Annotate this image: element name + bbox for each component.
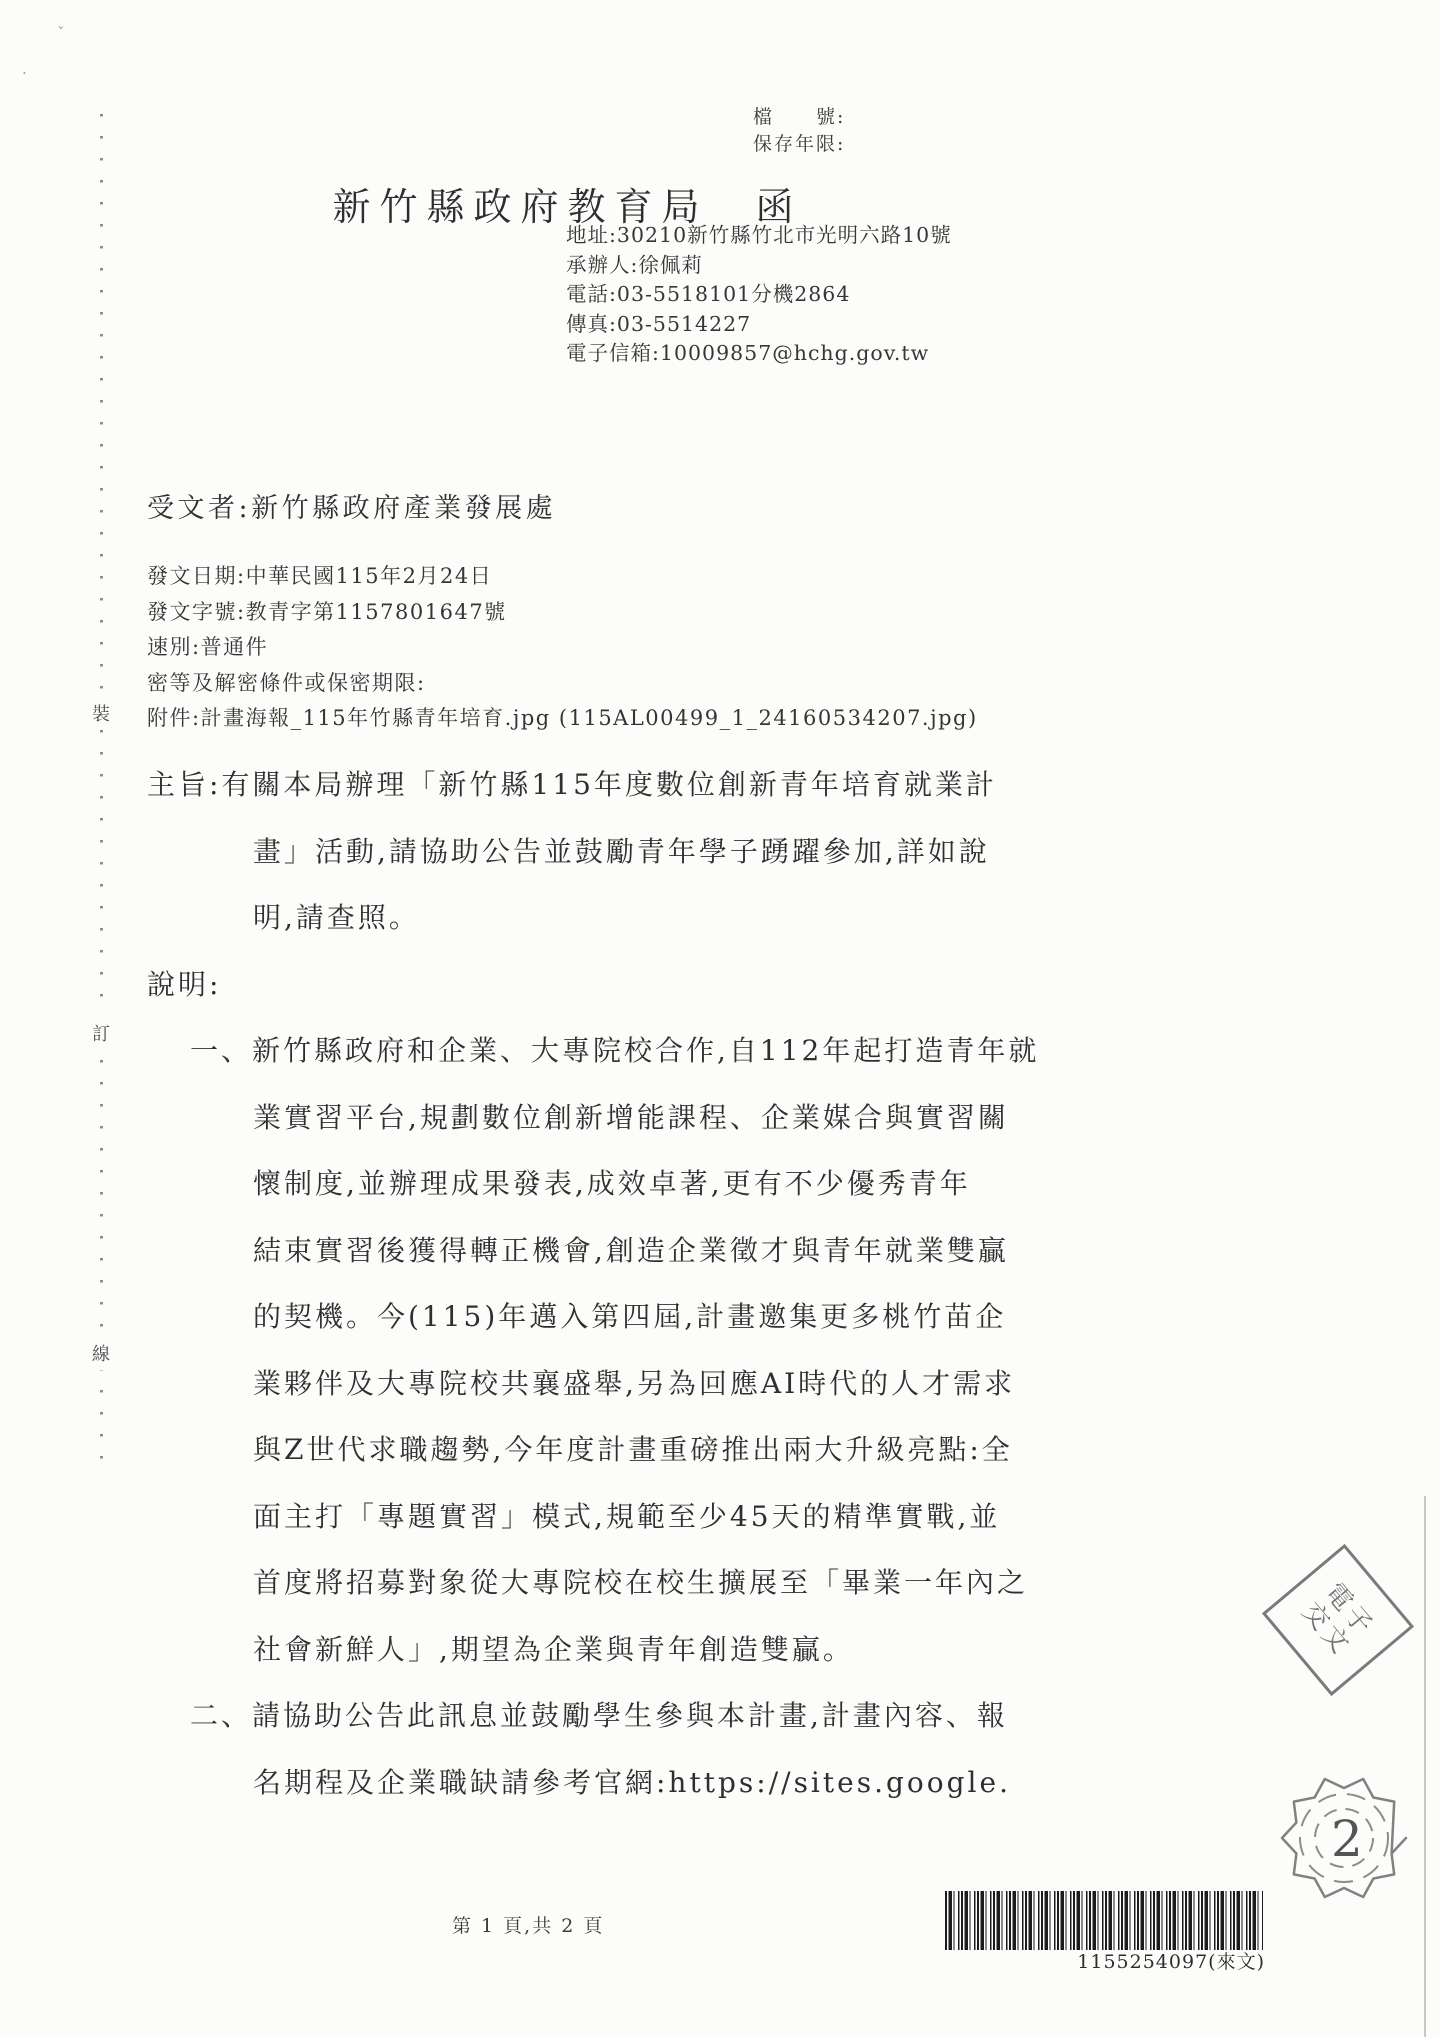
scan-artifact: ·: [22, 64, 27, 82]
sender-fax: 傳真:03-5514227: [566, 310, 952, 340]
binding-dotted-line: [100, 114, 103, 1464]
attachment-line: 附件:計畫海報_115年竹縣青年培育.jpg (115AL00499_1_241…: [147, 701, 978, 737]
explanation-item-1: 懷制度,並辦理成果發表,成效卓著,更有不少優秀青年: [253, 1151, 1047, 1218]
recipient-line: 受文者:新竹縣政府產業發展處: [147, 486, 556, 525]
security-class: 密等及解密條件或保密期限:: [147, 666, 978, 702]
explanation-item-1: 結束實習後獲得轉正機會,創造企業徵才與青年就業雙贏: [253, 1218, 1047, 1285]
subject-line: 畫」活動,請協助公告並鼓勵青年學子踴躍參加,詳如說: [253, 819, 1047, 886]
explanation-item-1: 面主打「專題實習」模式,規範至少45天的精準實戰,並: [253, 1484, 1047, 1551]
explanation-item-1: 一、新竹縣政府和企業、大專院校合作,自112年起打造青年就: [190, 1018, 1047, 1085]
binding-label-ding: 訂: [87, 1016, 115, 1050]
explanation-item-1: 業實習平台,規劃數位創新增能課程、企業媒合與實習關: [253, 1085, 1047, 1152]
dispatch-number: 發文字號:教青字第1157801647號: [147, 595, 978, 631]
page-indicator: 第 1 頁,共 2 頁: [452, 1911, 604, 1938]
file-number-label: 檔 號:: [753, 104, 845, 131]
scan-artifact: ˇ: [54, 23, 65, 42]
binding-label-xian: 線: [87, 1336, 115, 1370]
explanation-item-1: 首度將招募對象從大專院校在校生擴展至「畢業一年內之: [253, 1550, 1047, 1617]
explanation-item-1: 的契機。今(115)年邁入第四屆,計畫邀集更多桃竹苗企: [253, 1284, 1047, 1351]
dispatch-meta-block: 發文日期:中華民國115年2月24日 發文字號:教青字第1157801647號 …: [147, 559, 978, 737]
subject-line: 主旨:有關本局辦理「新竹縣115年度數位創新青年培育就業計: [147, 752, 1047, 819]
page-number-seal: 2: [1278, 1772, 1410, 1904]
explanation-item-2: 二、請協助公告此訊息並鼓勵學生參與本計畫,計畫內容、報: [190, 1683, 1047, 1750]
sender-email: 電子信箱:10009857@hchg.gov.tw: [566, 339, 952, 369]
barcode: [945, 1891, 1263, 1950]
seal-page-number: 2: [1331, 1810, 1363, 1868]
barcode-number: 1155254097(來文): [945, 1947, 1265, 1974]
binding-label-zhuang: 裝: [87, 696, 115, 730]
page-edge-shadow: [1424, 1496, 1426, 2037]
speed-class: 速別:普通件: [147, 630, 978, 666]
explanation-item-1: 業夥伴及大專院校共襄盛舉,另為回應AI時代的人才需求: [253, 1351, 1047, 1418]
sender-phone: 電話:03-5518101分機2864: [566, 280, 952, 310]
archive-labels: 檔 號: 保存年限:: [753, 104, 845, 158]
dispatch-date: 發文日期:中華民國115年2月24日: [147, 559, 978, 595]
retention-period-label: 保存年限:: [753, 131, 845, 158]
explanation-item-1: 與Z世代求職趨勢,今年度計畫重磅推出兩大升級亮點:全: [253, 1417, 1047, 1484]
scanned-official-letter: ˇ · 檔 號: 保存年限: 新竹縣政府教育局 函 地址:30210新竹縣竹北市…: [0, 0, 1440, 2037]
explanation-heading: 說明:: [147, 952, 1047, 1019]
subject-line: 明,請查照。: [253, 885, 1047, 952]
sender-address: 地址:30210新竹縣竹北市光明六路10號: [566, 221, 952, 251]
sender-contact-block: 地址:30210新竹縣竹北市光明六路10號 承辦人:徐佩莉 電話:03-5518…: [566, 221, 952, 369]
explanation-item-1: 社會新鮮人」,期望為企業與青年創造雙贏。: [253, 1617, 1047, 1684]
sender-contact-person: 承辦人:徐佩莉: [566, 251, 952, 281]
letter-body: 主旨:有關本局辦理「新竹縣115年度數位創新青年培育就業計 畫」活動,請協助公告…: [147, 752, 1047, 1816]
explanation-item-2: 名期程及企業職缺請參考官網:https://sites.google.: [253, 1750, 1047, 1817]
electronic-exchange-stamp: 電子 交文: [1262, 1544, 1414, 1696]
